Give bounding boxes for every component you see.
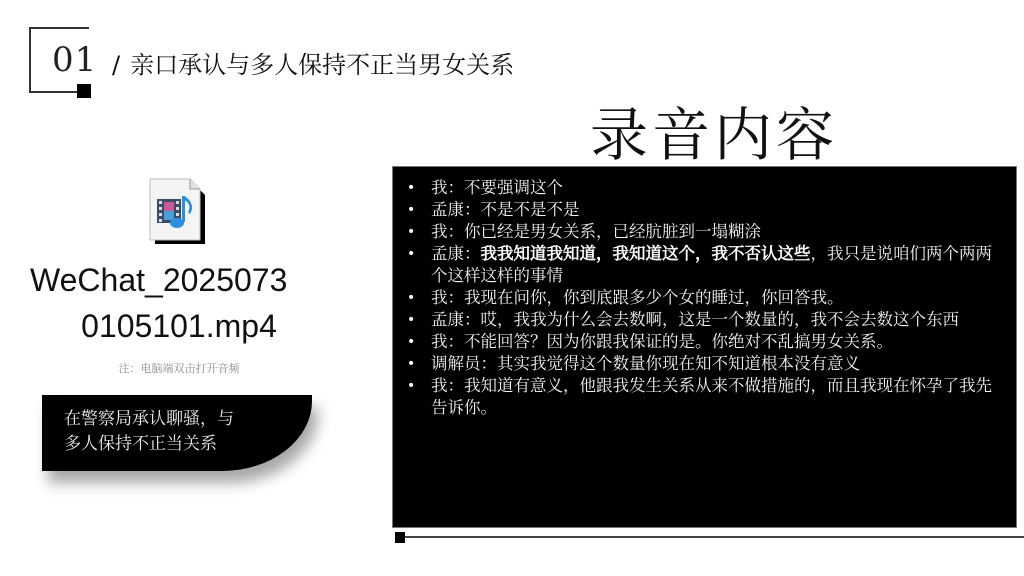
transcript-item: 我：你已经是男女关系，已经肮脏到一塌糊涂 (405, 221, 1002, 243)
speaker-label: 孟康： (431, 200, 481, 219)
utterance-text: 其实我觉得这个数量你现在知不知道根本没有意义 (497, 354, 860, 373)
file-name-line1-text: WeChat_2025073 (30, 262, 287, 298)
file-name-line2[interactable]: 0105101.mp4 (30, 308, 328, 345)
video-audio-file-icon[interactable] (146, 178, 206, 244)
speaker-label: 我： (431, 332, 464, 351)
utterance-text: 不能回答？因为你跟我保证的是。你绝对不乱搞男女关系。 (464, 332, 893, 351)
caption-block: 在警察局承认聊骚，与 多人保持不正当关系 (42, 395, 312, 471)
utterance-text: 我现在问你，你到底跟多少个女的睡过，你回答我。 (464, 288, 844, 307)
section-title: /亲口承认与多人保持不正当男女关系 (112, 45, 514, 80)
transcript-item: 孟康：我我知道我知道，我知道这个，我不否认这些，我只是说咱们两个两两个这样这样的… (405, 243, 1002, 287)
transcript-item: 我：不要强调这个 (405, 177, 1002, 199)
speaker-label: 我： (431, 376, 464, 395)
speaker-label: 调解员： (431, 354, 497, 373)
transcript-item: 调解员：其实我觉得这个数量你现在知不知道根本没有意义 (405, 353, 1002, 375)
file-name-line1[interactable]: WeChat_2025073 (30, 262, 328, 299)
transcript-list: 我：不要强调这个 孟康：不是不是不是 我：你已经是男女关系，已经肮脏到一塌糊涂 … (405, 177, 1002, 419)
section-slash: / (112, 51, 120, 79)
speaker-label: 我： (431, 178, 464, 197)
utterance-text: 你已经是男女关系，已经肮脏到一塌糊涂 (464, 222, 761, 241)
transcript-item: 孟康：不是不是不是 (405, 199, 1002, 221)
caption-line2: 多人保持不正当关系 (64, 432, 312, 457)
speaker-label: 我： (431, 288, 464, 307)
transcript-item: 孟康：哎，我我为什么会去数啊，这是一个数量的，我不会去数这个东西 (405, 309, 1002, 331)
utterance-text: 哎，我我为什么会去数啊，这是一个数量的，我不会去数这个东西 (481, 310, 960, 329)
section-number: 01 (52, 40, 97, 80)
speaker-label: 我： (431, 222, 464, 241)
utterance-text: 不要强调这个 (464, 178, 563, 197)
file-open-note: 注：电脑端双击打开音频 (30, 360, 328, 376)
page-heading: 录音内容 (590, 88, 838, 172)
transcript-panel: 我：不要强调这个 孟康：不是不是不是 我：你已经是男女关系，已经肮脏到一塌糊涂 … (392, 166, 1017, 528)
divider-square (395, 532, 405, 543)
utterance-bold-text: 我我知道我知道，我知道这个，我不否认这些 (481, 244, 811, 263)
bottom-divider (404, 536, 1024, 538)
caption-line1: 在警察局承认聊骚，与 (64, 407, 312, 432)
speaker-label: 孟康： (431, 310, 481, 329)
transcript-item: 我：不能回答？因为你跟我保证的是。你绝对不乱搞男女关系。 (405, 331, 1002, 353)
utterance-text: 我知道有意义，他跟我发生关系从来不做措施的，而且我现在怀孕了我先告诉你。 (431, 376, 992, 417)
bracket-corner-square (77, 84, 91, 98)
transcript-item: 我：我知道有意义，他跟我发生关系从来不做措施的，而且我现在怀孕了我先告诉你。 (405, 375, 1002, 419)
transcript-item: 我：我现在问你，你到底跟多少个女的睡过，你回答我。 (405, 287, 1002, 309)
section-title-text: 亲口承认与多人保持不正当男女关系 (130, 51, 514, 79)
utterance-text: 不是不是不是 (481, 200, 580, 219)
speaker-label: 孟康： (431, 244, 481, 263)
